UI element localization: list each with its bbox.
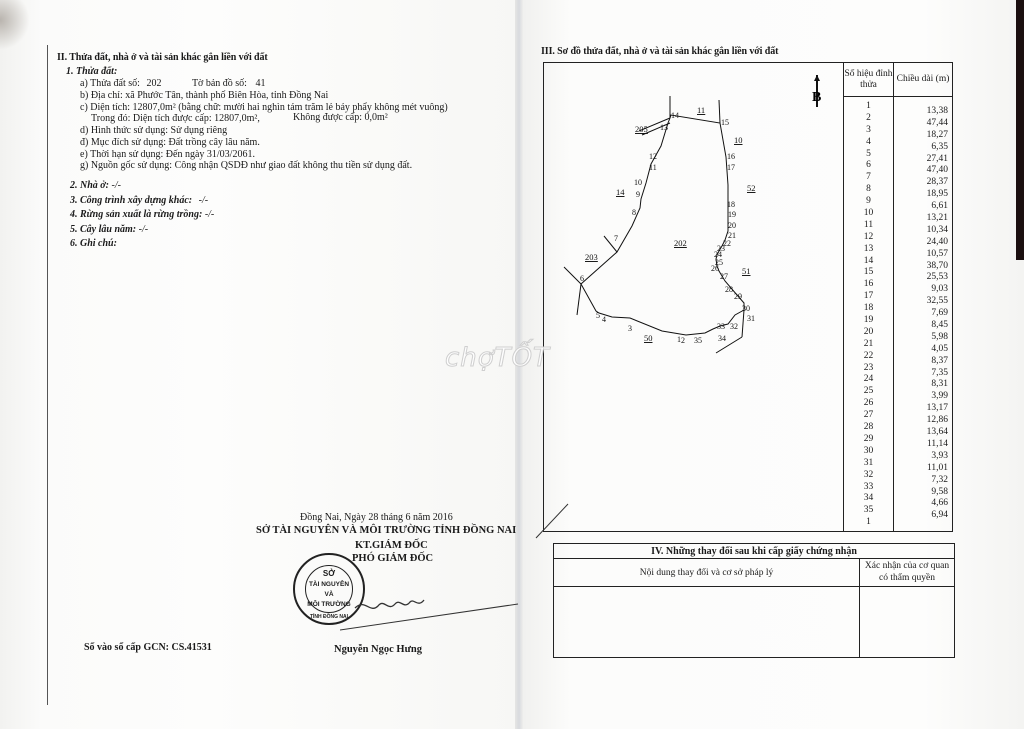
- vertex-number: 8: [844, 184, 893, 196]
- vertex-number: 27: [844, 410, 893, 422]
- section-3-title: III. Sơ đồ thửa đất, nhà ở và tài sản kh…: [541, 46, 778, 57]
- signer-title-1: KT.GIÁM ĐỐC: [355, 540, 428, 551]
- vertex-number: 6: [844, 160, 893, 172]
- parcel-number: a) Thửa đất số: 202 Tờ bản đồ số: 41: [80, 78, 265, 89]
- svg-text:7: 7: [614, 234, 618, 243]
- vertex-number: 5: [844, 149, 893, 161]
- edge-length: 13,38: [894, 106, 952, 118]
- signer-title-2: PHÓ GIÁM ĐỐC: [352, 553, 433, 564]
- edge-length: 25,53: [894, 272, 952, 284]
- vertex-number: 13: [844, 244, 893, 256]
- usage-term: e) Thời hạn sử dụng: Đến ngày 31/03/2061…: [80, 149, 255, 160]
- edge-length-column: 13,3847,4418,276,3527,4147,4028,3718,956…: [894, 97, 952, 531]
- svg-text:17: 17: [727, 163, 735, 172]
- svg-text:30: 30: [742, 304, 750, 313]
- svg-text:B: B: [812, 90, 821, 105]
- item-house: 2. Nhà ở: -/-: [70, 180, 121, 191]
- parcel-area-granted: Trong đó: Diện tích được cấp: 12807,0m²,: [91, 113, 260, 124]
- edge-length: 27,41: [894, 154, 952, 166]
- edge-length-table: Số hiệu đỉnh thửa Chiều dài (m) 12345678…: [843, 62, 953, 532]
- parcel-map: B 12345678910111213141516171819202122232…: [544, 63, 844, 533]
- svg-text:205: 205: [635, 124, 648, 134]
- vertex-number: 4: [844, 137, 893, 149]
- edge-length: 3,93: [894, 451, 952, 463]
- edge-length: 18,27: [894, 130, 952, 142]
- parcel-number-value: 202: [146, 78, 161, 89]
- edge-length: 13,21: [894, 213, 952, 225]
- vertex-number: 18: [844, 303, 893, 315]
- svg-text:9: 9: [636, 190, 640, 199]
- vertex-number: 29: [844, 434, 893, 446]
- vertex-number: 22: [844, 351, 893, 363]
- svg-text:34: 34: [718, 334, 726, 343]
- edge-length: 18,95: [894, 189, 952, 201]
- edge-length: 10,57: [894, 249, 952, 261]
- vertex-number: 7: [844, 172, 893, 184]
- edge-length: 13,17: [894, 403, 952, 415]
- svg-text:32: 32: [730, 322, 738, 331]
- changes-confirmation-header: Xác nhận của cơ quan có thẩm quyền: [860, 559, 954, 586]
- parcel-area: c) Diện tích: 12807,0m² (bằng chữ: mười …: [80, 102, 448, 113]
- parcel-map-frame: B 12345678910111213141516171819202122232…: [543, 62, 843, 532]
- svg-text:33: 33: [717, 322, 725, 331]
- issuing-agency: SỞ TÀI NGUYÊN VÀ MÔI TRƯỜNG TỈNH ĐỒNG NA…: [256, 525, 516, 536]
- vertex-number: 25: [844, 386, 893, 398]
- edge-length: 47,44: [894, 118, 952, 130]
- vertex-number: 30: [844, 446, 893, 458]
- item-perennial-trees: 5. Cây lâu năm: -/-: [70, 224, 148, 235]
- svg-text:12: 12: [649, 152, 657, 161]
- usage-form: d) Hình thức sử dụng: Sử dụng riêng: [80, 125, 227, 136]
- svg-text:27: 27: [720, 272, 728, 281]
- north-arrow-icon: B: [812, 75, 821, 107]
- edge-length: 6,94: [894, 510, 952, 522]
- item-planted-forest: 4. Rừng sản xuất là rừng trồng: -/-: [70, 209, 214, 220]
- svg-text:2: 2: [681, 336, 685, 345]
- edge-length: 6,35: [894, 142, 952, 154]
- svg-text:11: 11: [697, 105, 705, 115]
- svg-text:16: 16: [727, 152, 735, 161]
- signer-name: Nguyễn Ngọc Hưng: [334, 644, 422, 655]
- edge-length: 13,64: [894, 427, 952, 439]
- corner-fold: [0, 0, 30, 50]
- vertex-number: 28: [844, 422, 893, 434]
- vertex-number: 33: [844, 482, 893, 494]
- edge-length: 8,37: [894, 356, 952, 368]
- vertex-number: 24: [844, 374, 893, 386]
- vertex-number: 32: [844, 470, 893, 482]
- svg-text:10: 10: [634, 178, 642, 187]
- vertex-number: 34: [844, 493, 893, 505]
- svg-text:10: 10: [734, 135, 743, 145]
- edge-length: 6,61: [894, 201, 952, 213]
- vertex-number: 12: [844, 232, 893, 244]
- edge-length: 24,40: [894, 237, 952, 249]
- svg-text:202: 202: [674, 238, 687, 248]
- vertex-number-column: 1234567891011121314151617181920212223242…: [844, 97, 894, 531]
- svg-text:52: 52: [747, 183, 756, 193]
- map-sheet-value: 41: [255, 78, 265, 89]
- vertex-number: 11: [844, 220, 893, 232]
- edge-length-table-header: Số hiệu đỉnh thửa Chiều dài (m): [844, 63, 952, 97]
- svg-text:31: 31: [747, 314, 755, 323]
- edge-length: 11,14: [894, 439, 952, 451]
- vertex-number: 3: [844, 125, 893, 137]
- parcel-number-label: a) Thửa đất số:: [80, 78, 140, 89]
- svg-text:8: 8: [632, 208, 636, 217]
- watermark: chợTỐT: [445, 343, 550, 373]
- parcel-area-not-granted: Không được cấp: 0,0m²: [293, 112, 388, 123]
- edge-length: 5,98: [894, 332, 952, 344]
- edge-length: 7,69: [894, 308, 952, 320]
- svg-text:19: 19: [728, 210, 736, 219]
- edge-length: 32,55: [894, 296, 952, 308]
- edge-length: 8,31: [894, 379, 952, 391]
- svg-text:18: 18: [727, 200, 735, 209]
- left-frame-border: [47, 45, 48, 705]
- svg-text:14: 14: [616, 187, 625, 197]
- place-date: Đồng Nai, Ngày 28 tháng 6 năm 2016: [300, 512, 453, 523]
- edge-length: 10,34: [894, 225, 952, 237]
- edge-length: 9,58: [894, 487, 952, 499]
- svg-text:15: 15: [721, 118, 729, 127]
- usage-origin: g) Nguồn gốc sử dụng: Công nhận QSDĐ như…: [80, 160, 412, 171]
- vertex-number: 1: [844, 101, 893, 113]
- svg-text:29: 29: [734, 292, 742, 301]
- edge-length: 11,01: [894, 463, 952, 475]
- svg-text:11: 11: [649, 163, 657, 172]
- margin-scribble: [532, 500, 572, 540]
- vertex-number: 17: [844, 291, 893, 303]
- vertex-number: 16: [844, 279, 893, 291]
- edge-length: 4,66: [894, 498, 952, 510]
- section-2-title: II. Thửa đất, nhà ở và tài sản khác gắn …: [57, 52, 268, 63]
- vertex-number: 20: [844, 327, 893, 339]
- page-edge-shadow: [1016, 0, 1024, 260]
- edge-length: 3,99: [894, 391, 952, 403]
- changes-content-cell: [554, 587, 860, 657]
- edge-length: 7,32: [894, 475, 952, 487]
- edge-length: 28,37: [894, 177, 952, 189]
- svg-text:14: 14: [671, 111, 679, 120]
- item-other-construction: 3. Công trình xây dựng khác: -/-: [70, 195, 208, 206]
- edge-length: 7,35: [894, 368, 952, 380]
- edge-length: 9,03: [894, 284, 952, 296]
- edge-length: 8,45: [894, 320, 952, 332]
- svg-text:13: 13: [660, 123, 668, 132]
- vertex-number: 15: [844, 267, 893, 279]
- vertex-number: 31: [844, 458, 893, 470]
- parcel-address: b) Địa chỉ: xã Phước Tân, thành phố Biên…: [80, 90, 328, 101]
- changes-table: IV. Những thay đổi sau khi cấp giấy chứn…: [553, 543, 955, 658]
- edge-length: 38,70: [894, 261, 952, 273]
- svg-text:50: 50: [644, 333, 653, 343]
- item-notes: 6. Ghi chú:: [70, 238, 117, 249]
- svg-text:28: 28: [725, 285, 733, 294]
- changes-confirmation-cell: [860, 587, 954, 657]
- svg-text:26: 26: [711, 264, 719, 273]
- vertex-number: 1: [844, 517, 893, 529]
- vertex-number: 14: [844, 256, 893, 268]
- header-edge-length: Chiều dài (m): [894, 63, 952, 96]
- edge-length: 4,05: [894, 344, 952, 356]
- map-sheet-label: Tờ bản đồ số:: [192, 78, 247, 89]
- vertex-number: 10: [844, 208, 893, 220]
- signature-scribble: [340, 580, 530, 635]
- vertex-number: 9: [844, 196, 893, 208]
- svg-text:5: 5: [596, 311, 600, 320]
- svg-text:51: 51: [742, 266, 751, 276]
- changes-title: IV. Những thay đổi sau khi cấp giấy chứn…: [554, 544, 954, 559]
- parcel-heading: 1. Thửa đất:: [66, 66, 117, 77]
- svg-text:6: 6: [580, 274, 584, 283]
- svg-text:20: 20: [728, 221, 736, 230]
- vertex-number: 26: [844, 398, 893, 410]
- usage-purpose: đ) Mục đích sử dụng: Đất trồng cây lâu n…: [80, 137, 260, 148]
- registry-number: Số vào sổ cấp GCN: CS.41531: [84, 642, 212, 653]
- vertex-number: 2: [844, 113, 893, 125]
- vertex-number: 35: [844, 505, 893, 517]
- svg-text:35: 35: [694, 336, 702, 345]
- vertex-number: 19: [844, 315, 893, 327]
- svg-text:4: 4: [602, 315, 606, 324]
- vertex-number: 21: [844, 339, 893, 351]
- svg-text:3: 3: [628, 324, 632, 333]
- edge-length: 47,40: [894, 165, 952, 177]
- svg-text:203: 203: [585, 252, 598, 262]
- header-vertex-number: Số hiệu đỉnh thửa: [844, 63, 894, 96]
- vertex-number: 23: [844, 363, 893, 375]
- changes-content-header: Nội dung thay đổi và cơ sở pháp lý: [554, 559, 860, 586]
- edge-length: 12,86: [894, 415, 952, 427]
